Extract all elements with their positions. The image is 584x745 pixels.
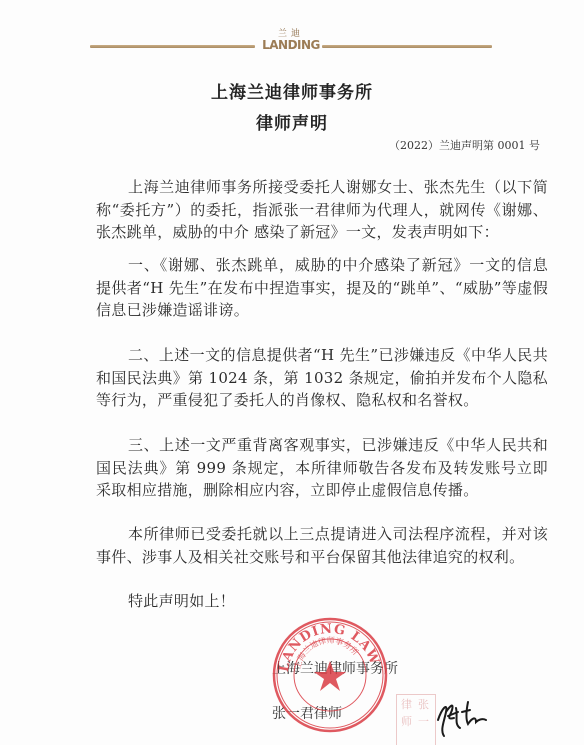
logo-english: LANDING	[261, 38, 321, 52]
closing-statement: 特此声明如上！	[128, 590, 580, 613]
lawyer-square-seal: 律 张 师 一	[396, 694, 436, 745]
official-seal-icon: LANDING LAW OFFICES 上海兰迪律师事务所	[270, 615, 390, 735]
document-page: 兰迪 LANDING 上海兰迪律师事务所 律师声明 （2022）兰迪声明第 00…	[0, 0, 584, 745]
seal-char: 师	[401, 715, 412, 728]
paragraph-point-2: 二、上述一文的信息提供者“H 先生”已涉嫌违反《中华人民共和国民法典》第 102…	[96, 344, 548, 412]
letterhead: 兰迪 LANDING	[90, 28, 492, 58]
handwritten-signature-icon	[432, 690, 492, 740]
paragraph-point-3: 三、上述一文严重背离客观事实，已涉嫌违反《中华人民共和国民法典》第 999 条规…	[96, 434, 548, 502]
document-number: （2022）兰迪声明第 0001 号	[389, 137, 540, 153]
paragraph-point-1: 一、《谢娜、张杰跳单，威胁的中介感染了新冠》一文的信息提供者“H 先生”在发布中…	[96, 254, 548, 322]
paragraph-reservation: 本所律师已受委托就以上三点提请进入司法程序流程，并对该事件、涉事人及相关社交账号…	[96, 523, 548, 568]
firm-title: 上海兰迪律师事务所	[0, 78, 584, 103]
seal-char: 一	[418, 715, 429, 728]
document-title: 律师声明	[0, 109, 584, 134]
paragraph-intro: 上海兰迪律师事务所接受委托人谢娜女士、张杰先生（以下简称“委托方”）的委托，指派…	[96, 176, 548, 244]
seal-char: 律	[401, 698, 412, 711]
letterhead-rule-right	[322, 45, 492, 48]
seal-char: 张	[418, 698, 429, 711]
letterhead-rule-left	[90, 45, 255, 48]
